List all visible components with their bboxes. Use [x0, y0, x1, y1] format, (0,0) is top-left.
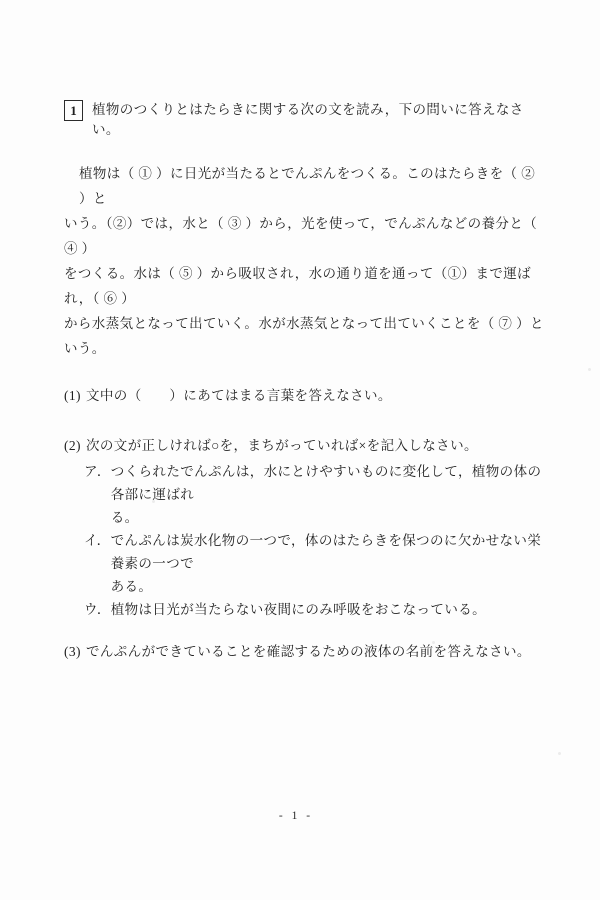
statement-u: ウ． 植物は日光が当たらない夜間にのみ呼吸をおこなっている。 — [84, 598, 546, 621]
question-prompt: 植物のつくりとはたらきに関する次の文を読み，下の問いに答えなさい。 — [92, 100, 546, 140]
page-number: - 1 - — [0, 810, 592, 822]
statement-a-line-1: つくられたでんぷんは，水にとけやすいものに変化して，植物の体の各部に運ばれ — [111, 460, 546, 506]
subquestion-1-text: 文中の（ ）にあてはまる言葉を答えなさい。 — [86, 386, 392, 406]
statement-i-text: でんぷんは炭水化物の一つで，体のはたらきを保つのに欠かせない栄養素の一つで ある… — [111, 529, 546, 598]
subquestion-1-label: (1) — [64, 386, 86, 406]
passage-line-3: をつくる。水は（ ⑤ ）から吸収され，水の通り道を通って（①）まで運ばれ，（ ⑥… — [64, 261, 546, 311]
passage: 植物は（ ① ）に日光が当たるとでんぷんをつくる。このはたらきを（ ② ）と い… — [64, 161, 546, 361]
statement-a-line-2: る。 — [111, 506, 546, 529]
statement-u-line-1: 植物は日光が当たらない夜間にのみ呼吸をおこなっている。 — [111, 598, 546, 621]
passage-line-4: から水蒸気となって出ていく。水が水蒸気となって出ていくことを（ ⑦ ）という。 — [64, 311, 546, 361]
passage-line-1: 植物は（ ① ）に日光が当たるとでんぷんをつくる。このはたらきを（ ② ）と — [64, 161, 546, 211]
subquestion-2-label: (2) — [64, 436, 86, 456]
statement-i: イ． でんぷんは炭水化物の一つで，体のはたらきを保つのに欠かせない栄養素の一つで… — [84, 529, 546, 598]
statement-i-line-2: ある。 — [111, 575, 546, 598]
statement-u-label: ウ． — [84, 598, 111, 621]
question-number-box: 1 — [64, 100, 83, 121]
statement-i-line-1: でんぷんは炭水化物の一つで，体のはたらきを保つのに欠かせない栄養素の一つで — [111, 529, 546, 575]
subquestion-2-text: 次の文が正しければ○を，まちがっていれば×を記入しなさい。 — [86, 436, 478, 456]
statement-u-text: 植物は日光が当たらない夜間にのみ呼吸をおこなっている。 — [111, 598, 546, 621]
statement-i-label: イ． — [84, 529, 111, 552]
subquestion-3: (3) でんぷんができていることを確認するための液体の名前を答えなさい。 — [64, 642, 546, 662]
question-1-header: 1 植物のつくりとはたらきに関する次の文を読み，下の問いに答えなさい。 — [64, 100, 546, 140]
subquestion-3-text: でんぷんができていることを確認するための液体の名前を答えなさい。 — [86, 642, 531, 662]
passage-line-2: いう。（②）では，水と（ ③ ）から，光を使って，でんぷんなどの養分と（ ④ ） — [64, 211, 546, 261]
subquestion-1: (1) 文中の（ ）にあてはまる言葉を答えなさい。 — [64, 386, 546, 406]
scan-noise — [0, 0, 1, 1]
statement-list: ア． つくられたでんぷんは，水にとけやすいものに変化して，植物の体の各部に運ばれ… — [84, 460, 546, 621]
subquestion-2: (2) 次の文が正しければ○を，まちがっていれば×を記入しなさい。 — [64, 436, 546, 456]
statement-a-text: つくられたでんぷんは，水にとけやすいものに変化して，植物の体の各部に運ばれ る。 — [111, 460, 546, 529]
statement-a-label: ア． — [84, 460, 111, 483]
document-page: 1 植物のつくりとはたらきに関する次の文を読み，下の問いに答えなさい。 植物は（… — [0, 0, 600, 900]
question-1-block: 1 植物のつくりとはたらきに関する次の文を読み，下の問いに答えなさい。 植物は（… — [64, 100, 546, 662]
statement-a: ア． つくられたでんぷんは，水にとけやすいものに変化して，植物の体の各部に運ばれ… — [84, 460, 546, 529]
subquestion-3-label: (3) — [64, 642, 86, 662]
